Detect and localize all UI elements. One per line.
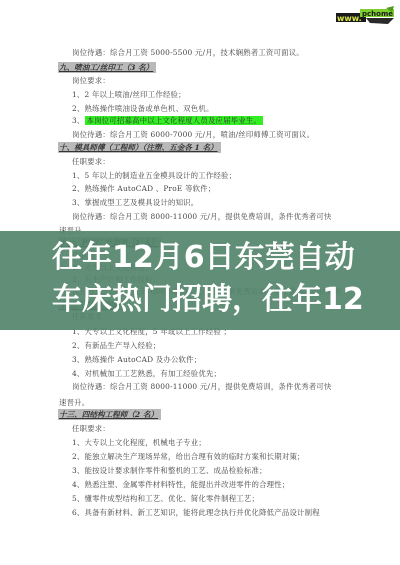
text-line: 2、熟练操作喷油设备或单色机、双色机。 <box>72 104 214 114</box>
section-heading: 十三、四结构工程师（2 名） <box>58 409 161 420</box>
highlighted-text-line: 3、本岗位可招募高中以上文化程度人员及应届毕业生。 <box>72 116 263 126</box>
title-line-2: 车床热门招聘，往年12 <box>52 278 364 322</box>
text-line: 1、大专以上文化程度，机械电子专业； <box>72 438 206 448</box>
text-line: 5、懂零件成型结构和工艺、优化、简化零件制程工艺； <box>72 494 259 504</box>
watermark-logo-icon: www. pchome <box>336 6 398 26</box>
text-line: 3、能按设计要求制作零件和整机的工艺、成品检验标准； <box>72 466 267 476</box>
text-line: 岗位待遇：综合月工资 5000-5500 元/月，技术娴熟者工资可面议。 <box>72 48 304 58</box>
text-line: 岗位待遇：综合月工资 8000-11000 元/月，提供免费培训，条件优秀者可快 <box>72 212 332 222</box>
text-line: 任职要求： <box>72 424 110 434</box>
text-line: 1、2 年以上喷油/丝印工作经验； <box>72 90 186 100</box>
text-line: 岗位待遇：综合月工资 8000-11000 元/月，提供免费培训，条件优秀者可快 <box>72 382 332 392</box>
section-heading: 九、喷油工/丝印工（3 名） <box>58 62 156 73</box>
list-number: 3、 <box>72 116 85 125</box>
text-line: 岗位要求： <box>72 76 110 86</box>
text-line: 3、熟练操作 AutoCAD 及办公软件； <box>72 355 201 365</box>
section-heading: 十、模具师傅（工程师）（注塑、五金各 1 名） <box>58 142 221 153</box>
text-line: 4、熟悉注塑、金属零件材料特性，能提出并改进零件的合理性； <box>72 480 289 490</box>
text-line: 岗位待遇：综合月工资 6000-7000 元/月，喷油/丝印师傅工资可面议。 <box>72 130 314 140</box>
text-line: 4、对机械加工工艺熟悉，有加工经验优先； <box>72 369 221 379</box>
text-line: 任职要求： <box>72 157 110 167</box>
svg-text:www.: www. <box>337 14 362 23</box>
text-line: 1、5 年以上的制造业五金模具设计的工作经验； <box>72 171 236 181</box>
text-line: 2、熟练操作 AutoCAD 、ProE 等软件； <box>72 184 215 194</box>
watermark-logo: www. pchome <box>336 6 398 26</box>
text-line: 3、掌握成型工艺及模具设计的知识。 <box>72 198 198 208</box>
text-line: 2、有新品生产导入经验； <box>72 341 160 351</box>
text-line: 速晋升。 <box>59 398 89 408</box>
text-line: 6、具备有新材料、新工艺知识，能将此理念执行并优化降低产品设计制程 <box>72 508 320 518</box>
title-overlay-banner: 往年12月6日东莞自动 车床热门招聘，往年12 <box>0 231 400 330</box>
text-line: 2、能独立解决生产现场异常，给出合理有效的临时方案和长期对策； <box>72 452 305 462</box>
green-highlight: 本岗位可招募高中以上文化程度人员及应届毕业生。 <box>85 116 264 125</box>
article-title: 往年12月6日东莞自动 车床热门招聘，往年12 <box>0 231 400 330</box>
svg-text:pchome: pchome <box>362 10 393 18</box>
title-line-1: 往年12月6日东莞自动 <box>52 236 355 280</box>
